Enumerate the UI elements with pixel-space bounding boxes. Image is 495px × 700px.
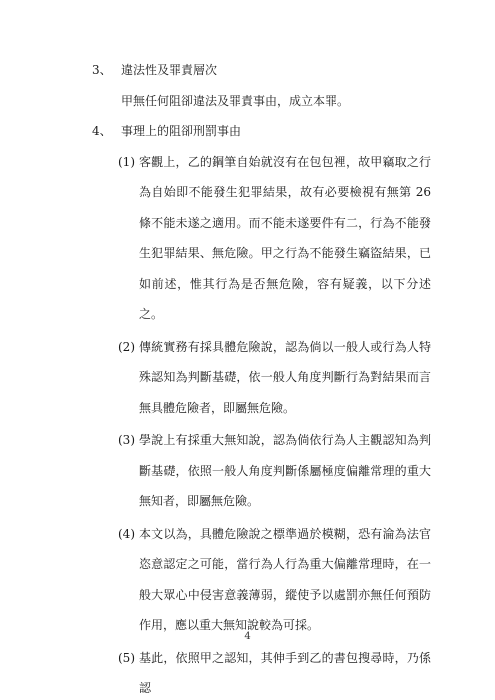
sub-item-5-text: 基此，依照甲之認知，其伸手到乙的書包搜尋時，乃係認 [139,643,431,700]
document-body: 3、 違法性及罪責層次 甲無任何阻卻違法及罪責事由，成立本罪。 4、 事理上的阻… [92,55,431,700]
outline-item-4-marker: 4、 [92,116,121,147]
sub-item-3-text: 學說上有採重大無知說，認為倘依行為人主觀認知為判斷基礎，依照一般人角度判斷係屬極… [139,425,431,517]
sub-item-5: (5) 基此，依照甲之認知，其伸手到乙的書包搜尋時，乃係認 [118,643,431,700]
sub-item-1: (1) 客觀上，乙的鋼筆自始就沒有在包包裡，故甲竊取之行為自始即不能發生犯罪結果… [118,147,431,330]
outline-item-3-heading: 違法性及罪責層次 [121,55,431,86]
outline-item-4: 4、 事理上的阻卻刑罰事由 [92,116,431,147]
page-number: 4 [0,631,495,642]
sub-item-2-text: 傳統實務有採具體危險說，認為倘以一般人或行為人特殊認知為判斷基礎，依一般人角度判… [139,332,431,424]
sub-item-3-marker: (3) [118,425,139,517]
outline-item-3: 3、 違法性及罪責層次 甲無任何阻卻違法及罪責事由，成立本罪。 [92,55,431,116]
sub-item-2-marker: (2) [118,332,139,424]
sub-item-3: (3) 學說上有採重大無知說，認為倘依行為人主觀認知為判斷基礎，依照一般人角度判… [118,425,431,517]
outline-item-3-paragraph: 甲無任何阻卻違法及罪責事由，成立本罪。 [121,86,431,117]
sub-item-4: (4) 本文以為，具體危險說之標準過於模糊，恐有淪為法官恣意認定之可能，當行為人… [118,519,431,641]
outline-item-4-sublist: (1) 客觀上，乙的鋼筆自始就沒有在包包裡，故甲竊取之行為自始即不能發生犯罪結果… [118,147,431,700]
sub-item-4-marker: (4) [118,519,139,641]
sub-item-1-marker: (1) [118,147,139,330]
sub-item-5-marker: (5) [118,643,139,700]
sub-item-4-text: 本文以為，具體危險說之標準過於模糊，恐有淪為法官恣意認定之可能，當行為人行為重大… [139,519,431,641]
sub-item-2: (2) 傳統實務有採具體危險說，認為倘以一般人或行為人特殊認知為判斷基礎，依一般… [118,332,431,424]
outline-item-4-heading: 事理上的阻卻刑罰事由 [121,116,431,147]
outline-item-3-marker: 3、 [92,55,121,116]
document-page: 3、 違法性及罪責層次 甲無任何阻卻違法及罪責事由，成立本罪。 4、 事理上的阻… [0,0,495,700]
sub-item-1-text: 客觀上，乙的鋼筆自始就沒有在包包裡，故甲竊取之行為自始即不能發生犯罪結果，故有必… [139,147,431,330]
